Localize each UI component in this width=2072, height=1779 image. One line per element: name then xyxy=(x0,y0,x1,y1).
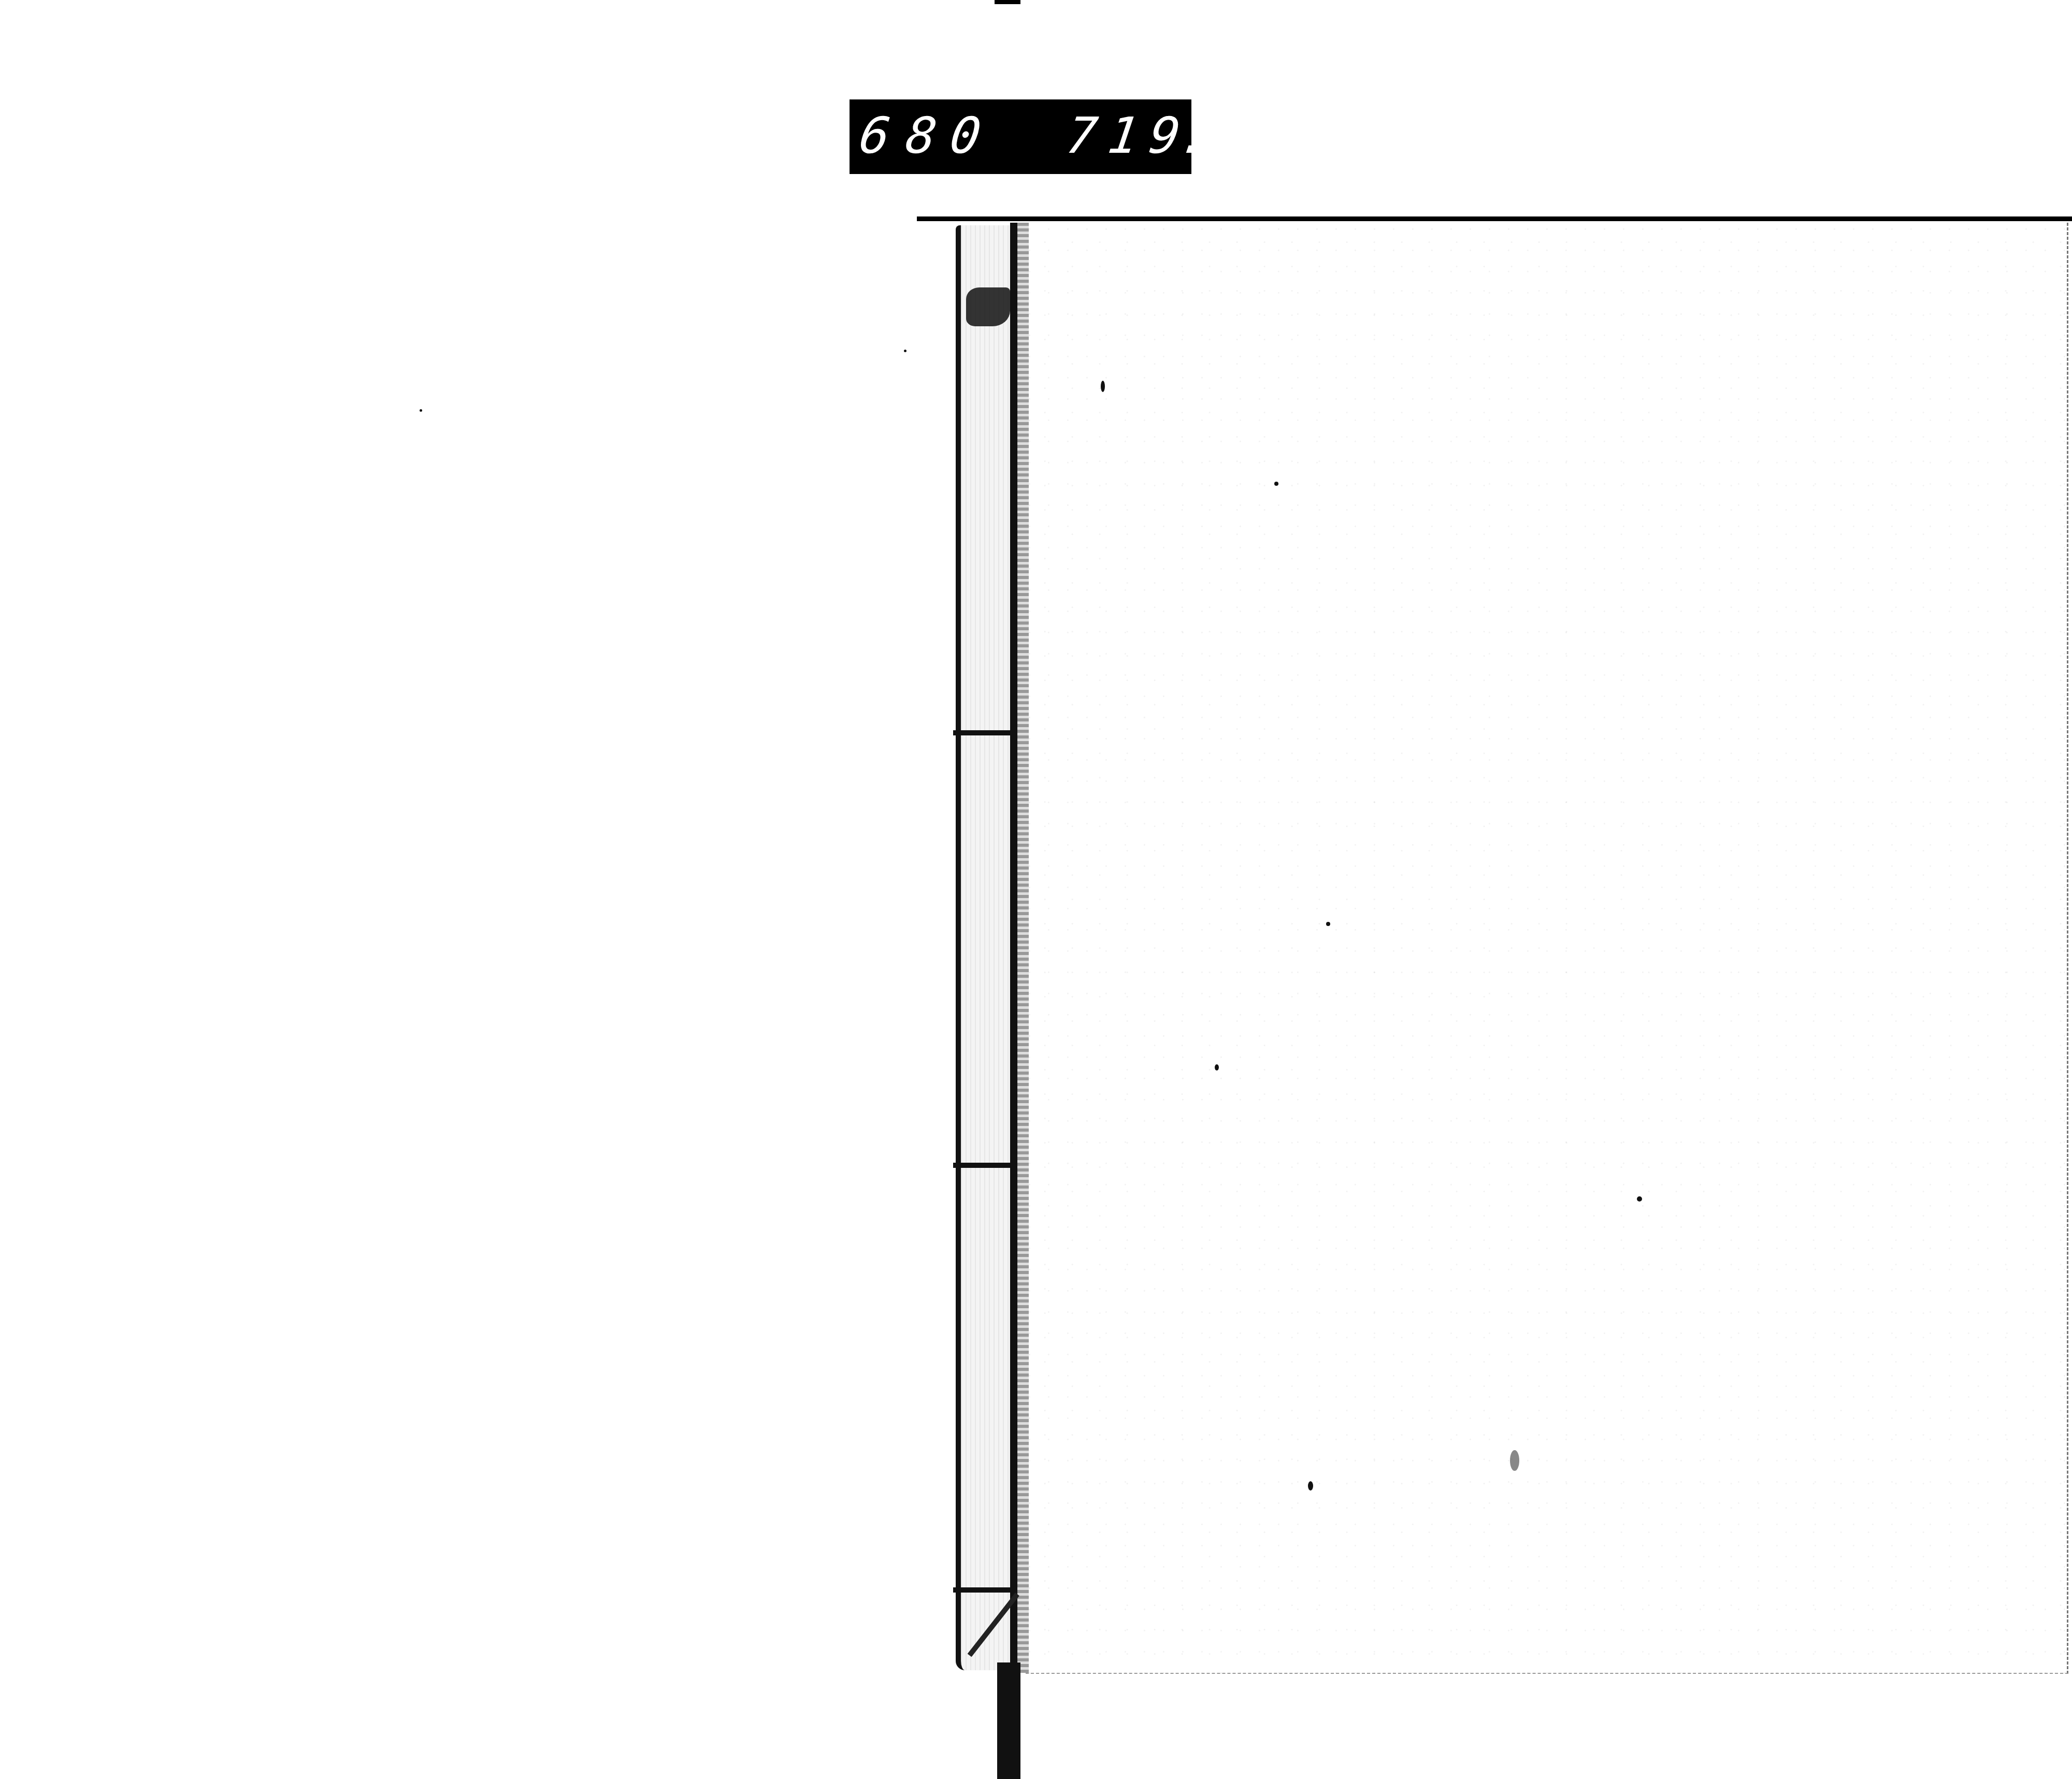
speck xyxy=(1101,381,1105,392)
spine-shadow xyxy=(1017,223,1029,1673)
label-digit: 7 xyxy=(1064,115,1096,156)
speck xyxy=(904,350,906,352)
binding-tie xyxy=(953,1163,1016,1168)
book-cover xyxy=(1026,223,2068,1674)
call-number-label: 6 8 0 7 1 9. xyxy=(850,99,1191,174)
label-digit: 0 xyxy=(947,115,979,156)
speck xyxy=(1637,1196,1642,1202)
book-spine xyxy=(956,225,1018,1670)
label-digit: 6 xyxy=(857,115,888,156)
label-digit: 8 xyxy=(903,115,935,156)
spine-stain xyxy=(966,287,1010,326)
speck xyxy=(1308,1481,1313,1491)
label-digit: 9. xyxy=(1147,115,1194,156)
top-edge-mark xyxy=(995,0,1020,4)
speck xyxy=(1215,1064,1219,1071)
speck xyxy=(420,409,422,412)
cover-top-edge xyxy=(917,216,2072,221)
corner-stitch xyxy=(963,1593,1020,1655)
binding-tie xyxy=(953,1587,1016,1593)
speck xyxy=(1510,1450,1519,1471)
speck xyxy=(1326,922,1330,926)
binding-tie xyxy=(953,730,1016,735)
spine-tail xyxy=(997,1662,1020,1779)
binding-thread xyxy=(1010,223,1017,1673)
label-digit: 1 xyxy=(1105,115,1137,156)
speck xyxy=(1274,482,1278,486)
